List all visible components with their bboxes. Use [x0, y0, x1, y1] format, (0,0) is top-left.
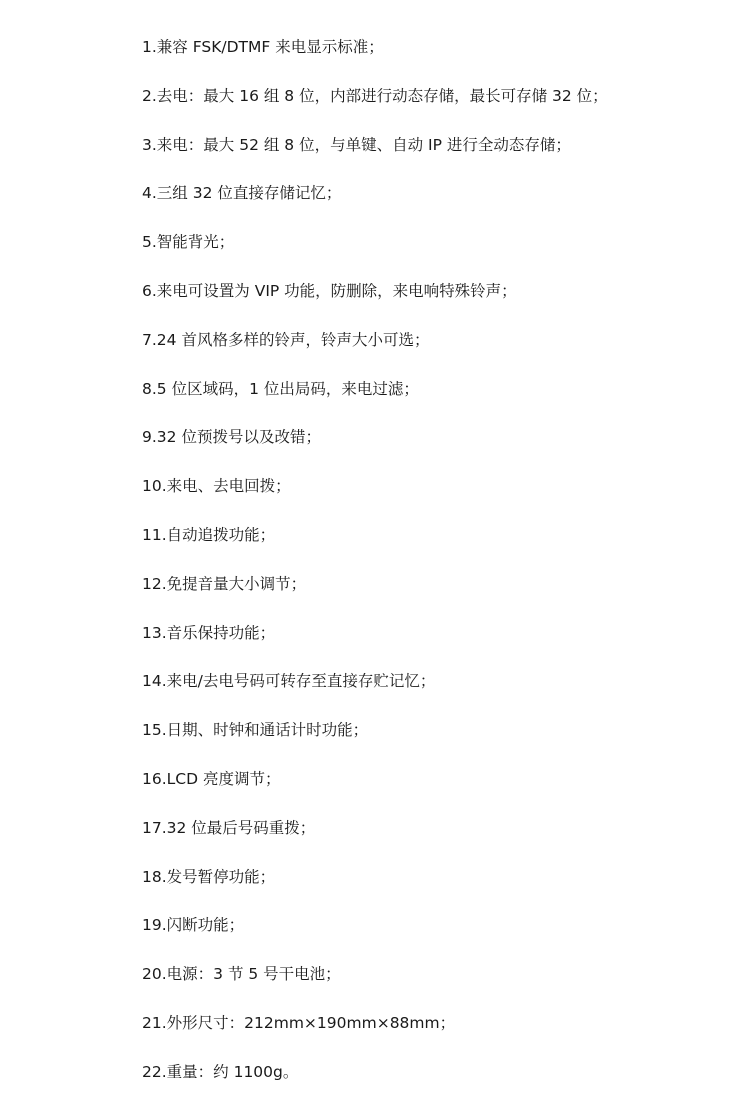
- list-item: 19.闪断功能；: [142, 913, 732, 962]
- list-item: 5.智能背光；: [142, 230, 732, 279]
- list-item: 15.日期、时钟和通话计时功能；: [142, 718, 732, 767]
- list-item: 9.32 位预拨号以及改错；: [142, 425, 732, 474]
- list-item: 18.发号暂停功能；: [142, 865, 732, 914]
- list-item: 4.三组 32 位直接存储记忆；: [142, 181, 732, 230]
- list-item: 11.自动追拨功能；: [142, 523, 732, 572]
- list-item: 2.去电：最大 16 组 8 位，内部进行动态存储，最长可存储 32 位；: [142, 84, 732, 133]
- list-item: 12.免提音量大小调节；: [142, 572, 732, 621]
- list-item: 17.32 位最后号码重拨；: [142, 816, 732, 865]
- list-item: 7.24 首风格多样的铃声，铃声大小可选；: [142, 328, 732, 377]
- list-item: 22.重量：约 1100g。: [142, 1060, 732, 1108]
- list-item: 13.音乐保持功能；: [142, 621, 732, 670]
- list-item: 21.外形尺寸：212mm×190mm×88mm；: [142, 1011, 732, 1060]
- list-item: 1.兼容 FSK/DTMF 来电显示标准；: [142, 35, 732, 84]
- list-item: 3.来电：最大 52 组 8 位，与单键、自动 IP 进行全动态存储；: [142, 133, 732, 182]
- list-item: 16.LCD 亮度调节；: [142, 767, 732, 816]
- list-item: 10.来电、去电回拨；: [142, 474, 732, 523]
- list-item: 8.5 位区域码，1 位出局码，来电过滤；: [142, 377, 732, 426]
- feature-list: 1.兼容 FSK/DTMF 来电显示标准； 2.去电：最大 16 组 8 位，内…: [142, 35, 732, 1108]
- list-item: 20.电源：3 节 5 号干电池；: [142, 962, 732, 1011]
- list-item: 6.来电可设置为 VIP 功能，防删除，来电响特殊铃声；: [142, 279, 732, 328]
- list-item: 14.来电/去电号码可转存至直接存贮记忆；: [142, 669, 732, 718]
